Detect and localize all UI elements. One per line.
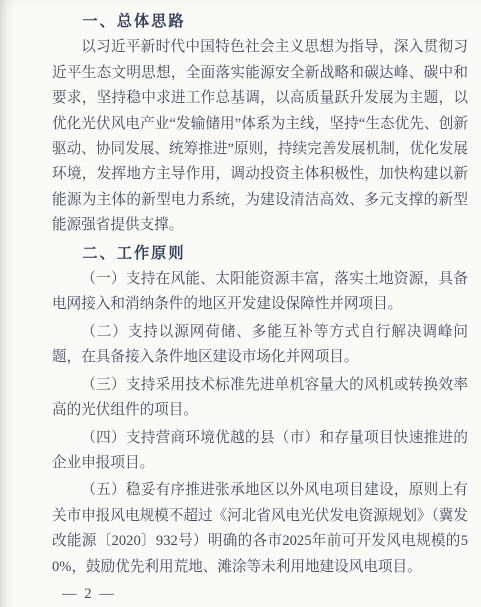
para-overall-approach: 以习近平新时代中国特色社会主义思想为指导，深入贯彻习近平生态文明思想，全面落实能… — [52, 35, 468, 238]
para-principle-1: （一）支持在风能、太阳能资源丰富，落实土地资源，具备电网接入和消纳条件的地区开发… — [52, 267, 468, 318]
para-principle-4: （四）支持营商环境优越的县（市）和存量项目快速推进的企业申报项目。 — [52, 426, 468, 477]
para-principle-3: （三）支持采用技术标准先进单机容量大的风机或转换效率高的光伏组件的项目。 — [52, 373, 468, 424]
para-principle-2: （二）支持以源网荷储、多能互补等方式自行解决调峰问题，在具备接入条件地区建设市场… — [52, 320, 468, 371]
page-number: — 2 — — [62, 582, 468, 607]
document-page: 一、总体思路 以习近平新时代中国特色社会主义思想为指导，深入贯彻习近平生态文明思… — [0, 0, 481, 607]
para-principle-5: （五）稳妥有序推进张承地区以外风电项目建设，原则上有关市申报风电规模不超过《河北… — [52, 478, 468, 580]
heading-overall-approach: 一、总体思路 — [52, 9, 468, 34]
heading-work-principles: 二、工作原则 — [52, 241, 468, 266]
